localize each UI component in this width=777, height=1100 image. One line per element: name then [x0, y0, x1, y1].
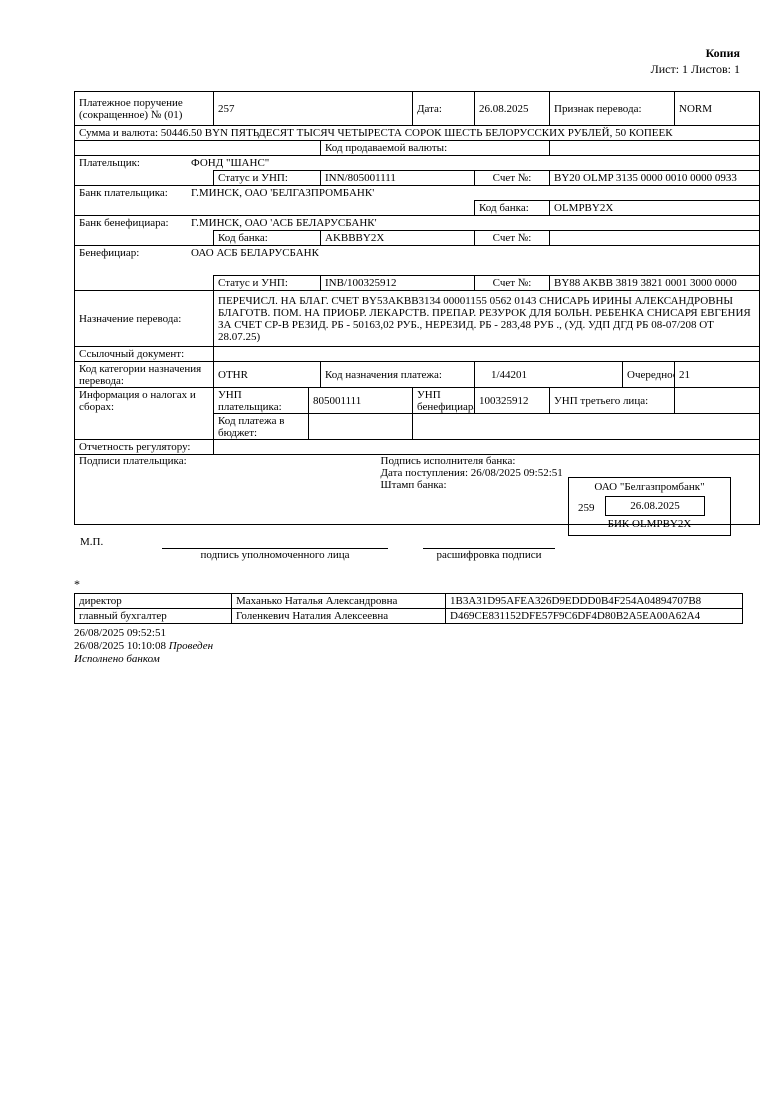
beneficiary-status-label: Статус и УНП:: [214, 276, 321, 291]
beneficiary-bank-account: [550, 231, 760, 246]
footer-status-line: 26/08/2025 10:10:08 Проведен: [74, 640, 213, 652]
reference-doc-label: Ссылочный документ:: [75, 347, 214, 362]
beneficiary-account-label: Счет №:: [475, 276, 550, 291]
beneficiary-bank-code: AKBBBY2X: [321, 231, 475, 246]
signer-hash: D469CE831152DFE57F9C6DF4D80B2A5EA00A62A4: [446, 609, 743, 624]
transfer-sign: NORM: [675, 92, 760, 126]
payer-bank-code: OLMPBY2X: [550, 201, 760, 216]
payer-unp-label: УНП плательщика:: [214, 388, 309, 414]
third-unp-label: УНП третьего лица:: [550, 388, 675, 414]
payer-signatures-label: Подписи плательщика:: [75, 455, 309, 525]
payer-row: Плательщик:ФОНД "ШАНС": [75, 156, 760, 171]
order-title: Платежное поручение (сокращенное) № (01): [75, 92, 214, 126]
beneficiary-label: Бенефициар:: [79, 247, 191, 259]
category-value: OTHR: [214, 362, 321, 388]
order-date: 26.08.2025: [475, 92, 550, 126]
beneficiary-bank-account-label: Счет №:: [475, 231, 550, 246]
payer-label: Плательщик:: [79, 157, 191, 169]
signer-hash: 1B3A31D95AFEA326D9EDDD0B4F254A04894707B8: [446, 594, 743, 609]
beneficiary-row: Бенефициар:ОАО АСБ БЕЛАРУСБАНК: [75, 246, 760, 261]
signer-name: Маханько Наталья Александровна: [232, 594, 446, 609]
order-number: 257: [214, 92, 413, 126]
footer-executed: Исполнено банком: [74, 653, 160, 665]
payment-order-table: Платежное поручение (сокращенное) № (01)…: [74, 91, 760, 525]
copy-label: Копия: [706, 46, 740, 61]
seal-mp: М.П.: [80, 536, 103, 548]
spacer: [75, 141, 321, 156]
executor-signature-label: Подпись исполнителя банка:: [381, 455, 756, 467]
stamp-date: 26.08.2025: [605, 496, 705, 516]
payer-account-label: Счет №:: [475, 171, 550, 186]
reference-doc: [214, 347, 760, 362]
signer-row: директор Маханько Наталья Александровна …: [75, 594, 743, 609]
signer-name: Голенкевич Наталия Алексеевна: [232, 609, 446, 624]
beneficiary-unp-label: УНП бенефициара:: [413, 388, 475, 414]
signers-table: директор Маханько Наталья Александровна …: [74, 593, 743, 624]
beneficiary-bank-row: Банк бенефициара:Г.МИНСК, ОАО 'АСБ БЕЛАР…: [75, 216, 760, 231]
payment-code-label: Код назначения платежа:: [321, 362, 475, 388]
footer-timestamp-2: 26/08/2025 10:10:08: [74, 640, 166, 652]
signer-role: главный бухгалтер: [75, 609, 232, 624]
beneficiary-status: INB/100325912: [321, 276, 475, 291]
order-date-label: Дата:: [413, 92, 475, 126]
beneficiary-name: ОАО АСБ БЕЛАРУСБАНК: [191, 247, 319, 259]
stamp-bik: БИК OLMPBY2X: [569, 518, 730, 530]
signer-role: директор: [75, 594, 232, 609]
beneficiary-account: BY88 AKBB 3819 3821 0001 3000 0000: [550, 276, 760, 291]
purpose-text: ПЕРЕЧИСЛ. НА БЛАГ. СЧЕТ BY53AKBB3134 000…: [214, 291, 760, 347]
sold-currency-label: Код продаваемой валюты:: [321, 141, 550, 156]
beneficiary-bank-code-label: Код банка:: [214, 231, 321, 246]
sold-currency: [550, 141, 760, 156]
beneficiary-bank-name: Г.МИНСК, ОАО 'АСБ БЕЛАРУСБАНК': [191, 217, 377, 229]
payer-bank-row: Банк плательщика:Г.МИНСК, ОАО 'БЕЛГАЗПРО…: [75, 186, 760, 201]
footer-executed-text: Исполнено банком: [74, 653, 160, 665]
footer-status: Проведен: [169, 640, 213, 652]
authorized-signature-line: подпись уполномоченного лица: [162, 548, 388, 561]
payer-name: ФОНД "ШАНС": [191, 157, 269, 169]
budget-code: [309, 414, 413, 440]
payer-unp: 805001111: [309, 388, 413, 414]
signature-decoding-line: расшифровка подписи: [423, 548, 555, 561]
payer-account: BY20 OLMP 3135 0000 0010 0000 0933: [550, 171, 760, 186]
stamp-bank-name: ОАО "Белгазпромбанк": [569, 481, 730, 493]
regulator-report: [214, 440, 760, 455]
priority: 21: [675, 362, 760, 388]
payer-bank-label: Банк плательщика:: [79, 187, 191, 199]
sheet-info: Лист: 1 Листов: 1: [651, 62, 740, 77]
third-unp: [675, 388, 760, 414]
beneficiary-bank-label: Банк бенефициара:: [79, 217, 191, 229]
payer-status-label: Статус и УНП:: [214, 171, 321, 186]
payer-bank-name: Г.МИНСК, ОАО 'БЕЛГАЗПРОМБАНК': [191, 187, 374, 199]
transfer-sign-label: Признак перевода:: [550, 92, 675, 126]
payment-code: 1/44201: [475, 362, 623, 388]
purpose-label: Назначение перевода:: [75, 291, 214, 347]
asterisk: *: [74, 577, 80, 592]
category-label: Код категории назначения перевода:: [75, 362, 214, 388]
signer-row: главный бухгалтер Голенкевич Наталия Але…: [75, 609, 743, 624]
taxes-label: Информация о налогах и сборах:: [75, 388, 214, 414]
amount-line: Сумма и валюта: 50446.50 BYN ПЯТЬДЕСЯТ Т…: [75, 126, 760, 141]
budget-code-label: Код платежа в бюджет:: [214, 414, 309, 440]
bank-stamp: ОАО "Белгазпромбанк" 259 26.08.2025 БИК …: [568, 477, 731, 536]
payer-bank-code-label: Код банка:: [475, 201, 550, 216]
beneficiary-unp: 100325912: [475, 388, 550, 414]
stamp-number: 259: [578, 502, 595, 514]
payer-status: INN/805001111: [321, 171, 475, 186]
priority-label: Очередность:: [623, 362, 675, 388]
regulator-report-label: Отчетность регулятору:: [75, 440, 214, 455]
footer-timestamp-1: 26/08/2025 09:52:51: [74, 627, 166, 639]
